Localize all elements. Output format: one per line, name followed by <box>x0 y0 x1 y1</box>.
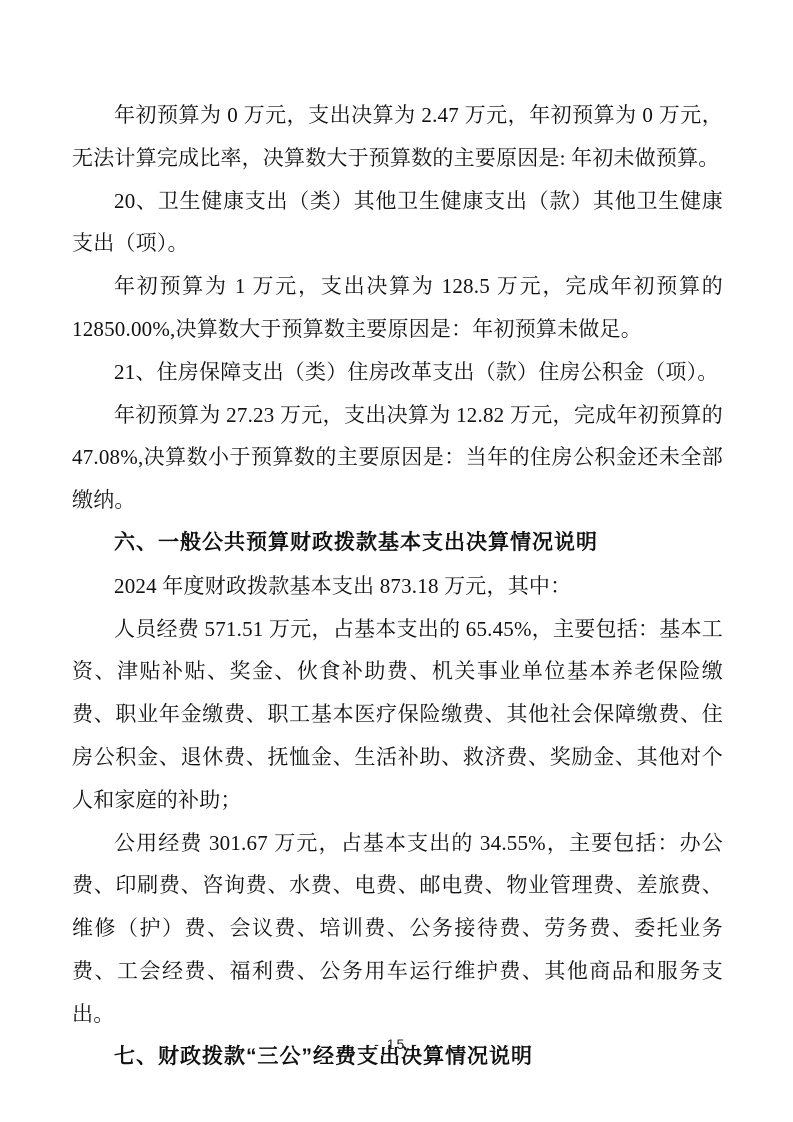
document-body: 年初预算为 0 万元，支出决算为 2.47 万元，年初预算为 0 万元，无法计算… <box>72 94 723 1078</box>
paragraph-basic-expense: 2024 年度财政拨款基本支出 873.18 万元，其中： <box>72 565 723 608</box>
paragraph-item-21-detail: 年初预算为 27.23 万元，支出决算为 12.82 万元，完成年初预算的 47… <box>72 394 723 522</box>
paragraph-public-expense: 公用经费 301.67 万元，占基本支出的 34.55%，主要包括：办公费、印刷… <box>72 822 723 1036</box>
paragraph-personnel-expense: 人员经费 571.51 万元，占基本支出的 65.45%，主要包括：基本工资、津… <box>72 608 723 822</box>
page-number: - 15 - <box>0 1036 793 1052</box>
section-heading-6: 六、一般公共预算财政拨款基本支出决算情况说明 <box>72 522 723 565</box>
paragraph-budget-explain-19: 年初预算为 0 万元，支出决算为 2.47 万元，年初预算为 0 万元，无法计算… <box>72 94 723 180</box>
paragraph-item-20-detail: 年初预算为 1 万元，支出决算为 128.5 万元，完成年初预算的 12850.… <box>72 265 723 351</box>
document-page: 年初预算为 0 万元，支出决算为 2.47 万元，年初预算为 0 万元，无法计算… <box>0 0 793 1122</box>
paragraph-item-21-title: 21、住房保障支出（类）住房改革支出（款）住房公积金（项）。 <box>72 351 723 394</box>
paragraph-item-20-title: 20、卫生健康支出（类）其他卫生健康支出（款）其他卫生健康支出（项）。 <box>72 180 723 266</box>
